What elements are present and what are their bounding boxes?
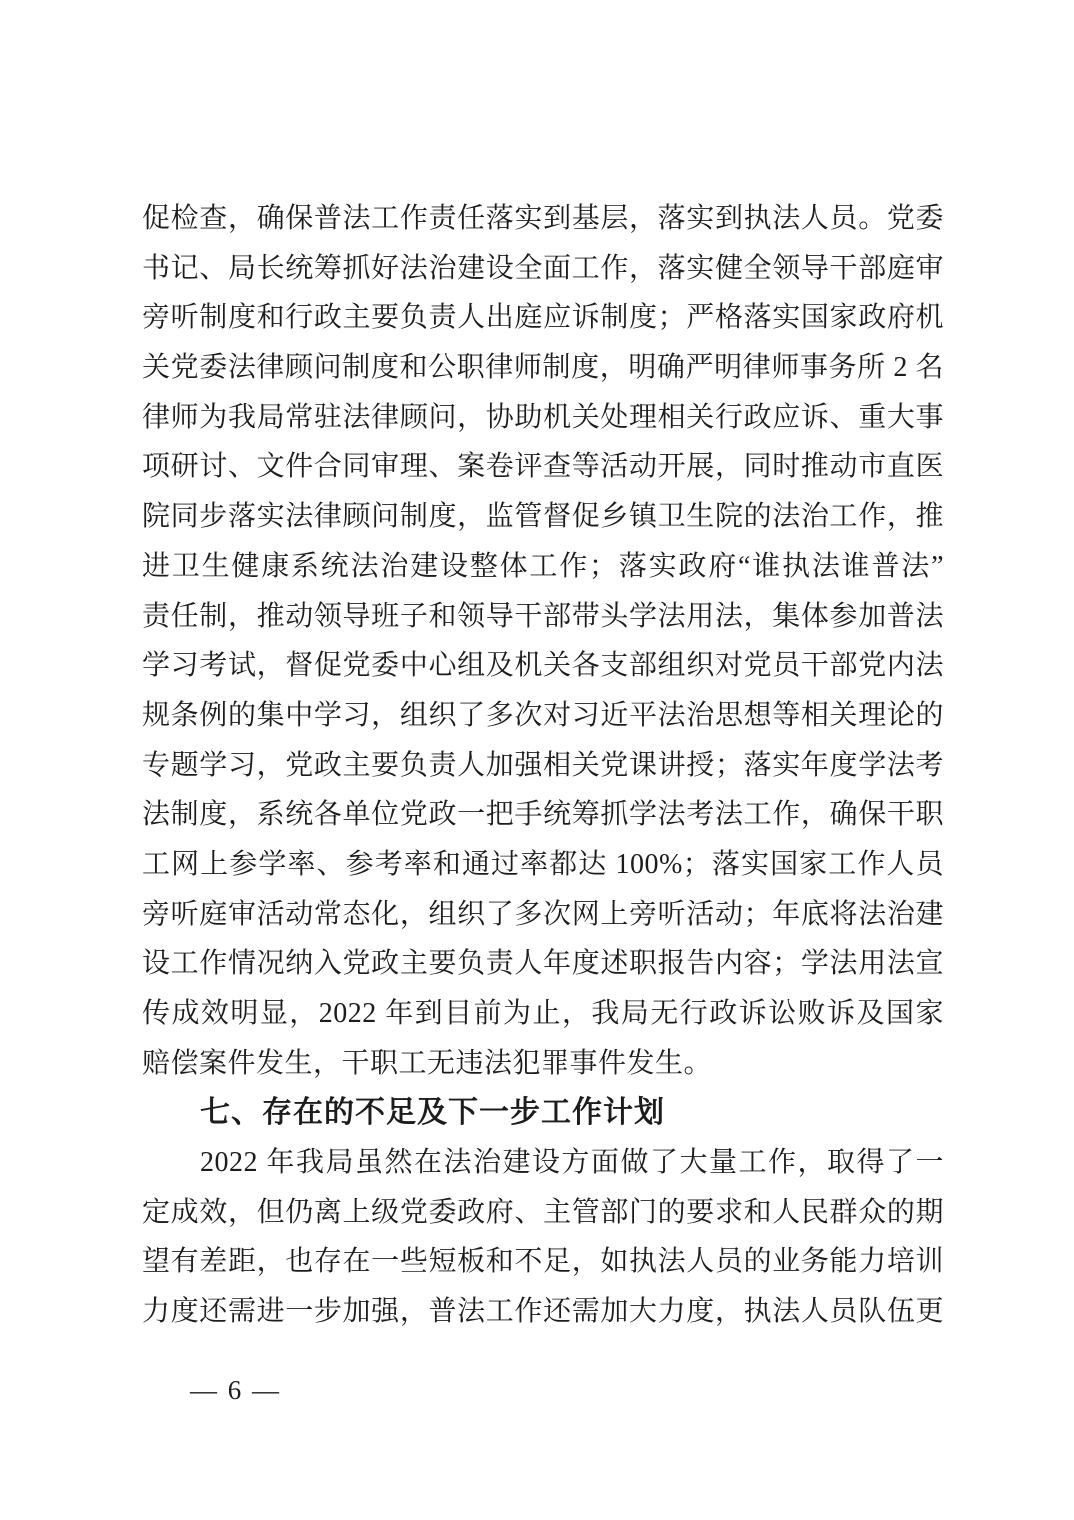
text-line: 律师为我局常驻法律顾问，协助机关处理相关行政应诉、重大事 (142, 393, 944, 443)
text-line: 学习考试，督促党委中心组及机关各支部组织对党员干部党内法 (142, 641, 944, 691)
text-line: 望有差距，也存在一些短板和不足，如执法人员的业务能力培训 (142, 1237, 944, 1287)
text-line: 旁听制度和行政主要负责人出庭应诉制度；严格落实国家政府机 (142, 293, 944, 343)
text-line: 院同步落实法律顾问制度，监管督促乡镇卫生院的法治工作，推 (142, 492, 944, 542)
page-footer: — 6 — (190, 1373, 281, 1407)
section-heading: 七、存在的不足及下一步工作计划 (142, 1088, 944, 1138)
text-line: 责任制，推动领导班子和领导干部带头学法用法，集体参加普法 (142, 592, 944, 642)
document-page: 促检查，确保普法工作责任落实到基层，落实到执法人员。党委书记、局长统筹抓好法治建… (0, 0, 1074, 1520)
text-line: 力度还需进一步加强，普法工作还需加大力度，执法人员队伍更 (142, 1287, 944, 1337)
text-line: 传成效明显，2022 年到目前为止，我局无行政诉讼败诉及国家 (142, 989, 944, 1039)
text-line: 设工作情况纳入党政主要负责人年度述职报告内容；学法用法宣 (142, 939, 944, 989)
text-line: 旁听庭审活动常态化，组织了多次网上旁听活动；年底将法治建 (142, 890, 944, 940)
text-line: 专题学习，党政主要负责人加强相关党课讲授；落实年度学法考 (142, 741, 944, 791)
text-line: 定成效，但仍离上级党委政府、主管部门的要求和人民群众的期 (142, 1188, 944, 1238)
text-line: 2022 年我局虽然在法治建设方面做了大量工作，取得了一 (142, 1138, 944, 1188)
text-line: 赔偿案件发生，干职工无违法犯罪事件发生。 (142, 1039, 944, 1089)
text-line: 关党委法律顾问制度和公职律师制度，明确严明律师事务所 2 名 (142, 343, 944, 393)
text-line: 规条例的集中学习，组织了多次对习近平法治思想等相关理论的 (142, 691, 944, 741)
text-line: 进卫生健康系统法治建设整体工作；落实政府“谁执法谁普法” (142, 542, 944, 592)
document-body: 促检查，确保普法工作责任落实到基层，落实到执法人员。党委书记、局长统筹抓好法治建… (142, 194, 944, 1337)
text-line: 法制度，系统各单位党政一把手统筹抓学法考法工作，确保干职 (142, 790, 944, 840)
text-line: 促检查，确保普法工作责任落实到基层，落实到执法人员。党委 (142, 194, 944, 244)
page-number: — 6 — (190, 1375, 281, 1405)
text-line: 书记、局长统筹抓好法治建设全面工作，落实健全领导干部庭审 (142, 244, 944, 294)
text-line: 工网上参学率、参考率和通过率都达 100%；落实国家工作人员 (142, 840, 944, 890)
text-line: 项研讨、文件合同审理、案卷评查等活动开展，同时推动市直医 (142, 442, 944, 492)
